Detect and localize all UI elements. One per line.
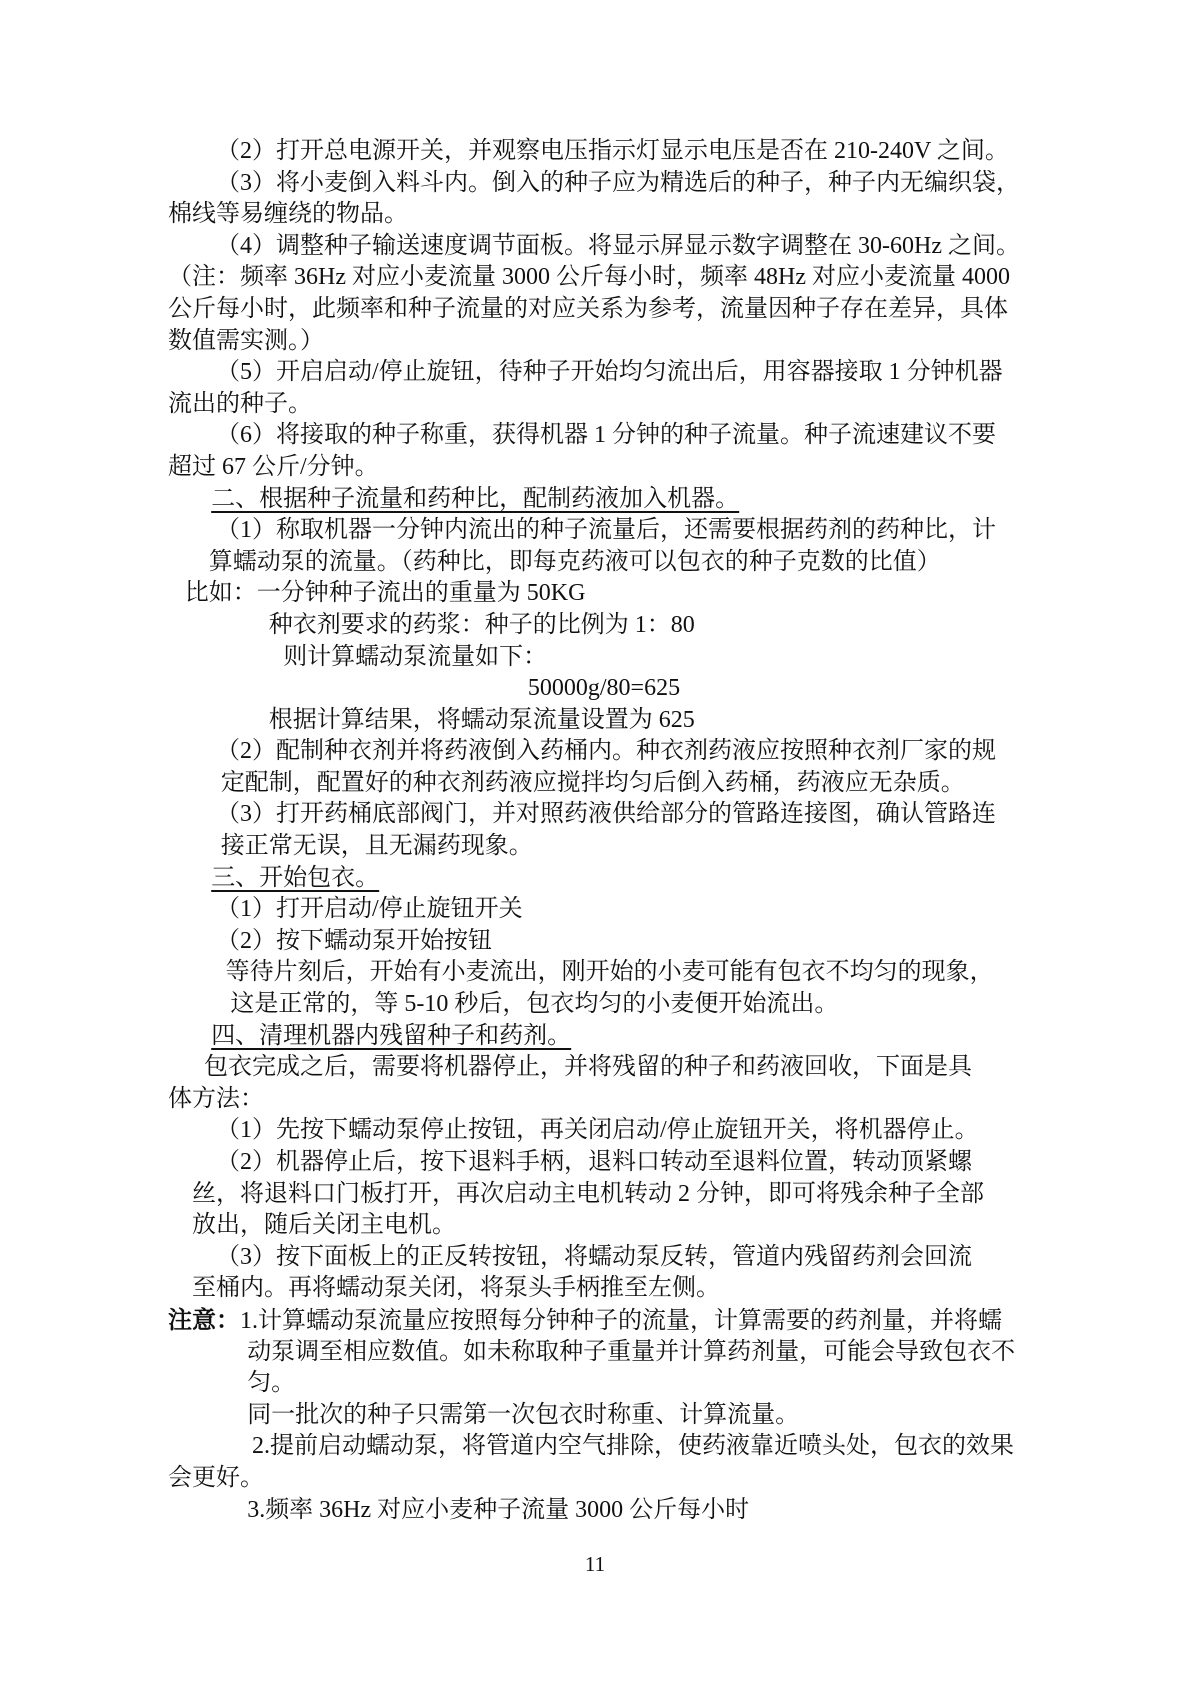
step-line: 接正常无误，且无漏药现象。 [168,831,1040,863]
step-line: 这是正常的，等 5-10 秒后，包衣均匀的小麦便开始流出。 [168,989,1040,1021]
step-line: 体方法： [168,1084,1040,1116]
note-label: 注意： [168,1307,240,1334]
document-page: （2）打开总电源开关，并观察电压指示灯显示电压是否在 210-240V 之间。（… [0,0,1190,1683]
step-line: （1）先按下蠕动泵停止按钮，再关闭启动/停止旋钮开关，将机器停止。 [168,1115,1040,1147]
example-line: 比如：一分钟种子流出的重量为 50KG [168,578,1040,610]
step-line: （6）将接取的种子称重，获得机器 1 分钟的种子流量。种子流速建议不要 [168,420,1040,452]
example-line: 根据计算结果，将蠕动泵流量设置为 625 [168,705,1040,737]
section-heading-text: 三、开始包衣。 [211,865,379,891]
step-line: 放出，随后关闭主电机。 [168,1210,1040,1242]
section-heading-4: 四、清理机器内残留种子和药剂。 [168,1021,1040,1053]
step-line: 丝，将退料口门板打开，再次启动主电机转动 2 分钟，即可将残余种子全部 [168,1179,1040,1211]
note-parenthetical-line: 公斤每小时，此频率和种子流量的对应关系为参考，流量因种子存在差异，具体 [168,294,1040,326]
example-line: 种衣剂要求的药浆：种子的比例为 1：80 [168,610,1040,642]
note-line: 同一批次的种子只需第一次包衣时称重、计算流量。 [168,1400,1040,1432]
note-text: 1.计算蠕动泵流量应按照每分钟种子的流量，计算需要的药剂量，并将蠕 [240,1308,1002,1334]
section-heading-2: 二、根据种子流量和药种比，配制药液加入机器。 [168,484,1040,516]
note-line: 注意：1.计算蠕动泵流量应按照每分钟种子的流量，计算需要的药剂量，并将蠕 [168,1305,1040,1337]
step-line: 定配制，配置好的种衣剂药液应搅拌均匀后倒入药桶，药液应无杂质。 [168,768,1040,800]
step-line: 超过 67 公斤/分钟。 [168,452,1040,484]
step-line: 棉线等易缠绕的物品。 [168,199,1040,231]
step-line: （2）配制种衣剂并将药液倒入药桶内。种衣剂药液应按照种衣剂厂家的规 [168,736,1040,768]
step-line: 至桶内。再将蠕动泵关闭，将泵头手柄推至左侧。 [168,1273,1040,1305]
step-line: （1）打开启动/停止旋钮开关 [168,894,1040,926]
note-parenthetical-line: 数值需实测。） [168,326,1040,358]
step-line: （1）称取机器一分钟内流出的种子流量后，还需要根据药剂的药种比，计 [168,515,1040,547]
note-line: 2.提前启动蠕动泵，将管道内空气排除，使药液靠近喷头处，包衣的效果 [168,1431,1040,1463]
step-line: 算蠕动泵的流量。（药种比，即每克药液可以包衣的种子克数的比值） [168,547,1040,579]
step-line: （3）将小麦倒入料斗内。倒入的种子应为精选后的种子，种子内无编织袋， [168,168,1040,200]
section-heading-3: 三、开始包衣。 [168,863,1040,895]
page-number: 11 [0,1552,1190,1577]
note-line: 匀。 [168,1368,1040,1400]
step-line: （5）开启启动/停止旋钮，待种子开始均匀流出后，用容器接取 1 分钟机器 [168,357,1040,389]
step-line: （2）按下蠕动泵开始按钮 [168,926,1040,958]
note-parenthetical-line: （注：频率 36Hz 对应小麦流量 3000 公斤每小时，频率 48Hz 对应小… [168,262,1040,294]
step-line: （2）机器停止后，按下退料手柄，退料口转动至退料位置，转动顶紧螺 [168,1147,1040,1179]
note-line: 3.频率 36Hz 对应小麦种子流量 3000 公斤每小时 [168,1495,1040,1527]
step-line: （4）调整种子输送速度调节面板。将显示屏显示数字调整在 30-60Hz 之间。 [168,231,1040,263]
note-line: 会更好。 [168,1463,1040,1495]
step-line: 流出的种子。 [168,389,1040,421]
section-heading-text: 四、清理机器内残留种子和药剂。 [211,1023,571,1049]
step-line: 等待片刻后，开始有小麦流出，刚开始的小麦可能有包衣不均匀的现象， [168,957,1040,989]
example-line: 则计算蠕动泵流量如下： [168,642,1040,674]
formula-line: 50000g/80=625 [168,673,1040,705]
step-line: （3）按下面板上的正反转按钮，将蠕动泵反转，管道内残留药剂会回流 [168,1242,1040,1274]
note-line: 动泵调至相应数值。如未称取种子重量并计算药剂量，可能会导致包衣不 [168,1337,1040,1369]
step-line: （2）打开总电源开关，并观察电压指示灯显示电压是否在 210-240V 之间。 [168,136,1040,168]
document-lines: （2）打开总电源开关，并观察电压指示灯显示电压是否在 210-240V 之间。（… [168,136,1040,1526]
section-heading-text: 二、根据种子流量和药种比，配制药液加入机器。 [211,486,739,512]
step-line: （3）打开药桶底部阀门，并对照药液供给部分的管路连接图，确认管路连 [168,799,1040,831]
step-line: 包衣完成之后，需要将机器停止，并将残留的种子和药液回收，下面是具 [168,1052,1040,1084]
